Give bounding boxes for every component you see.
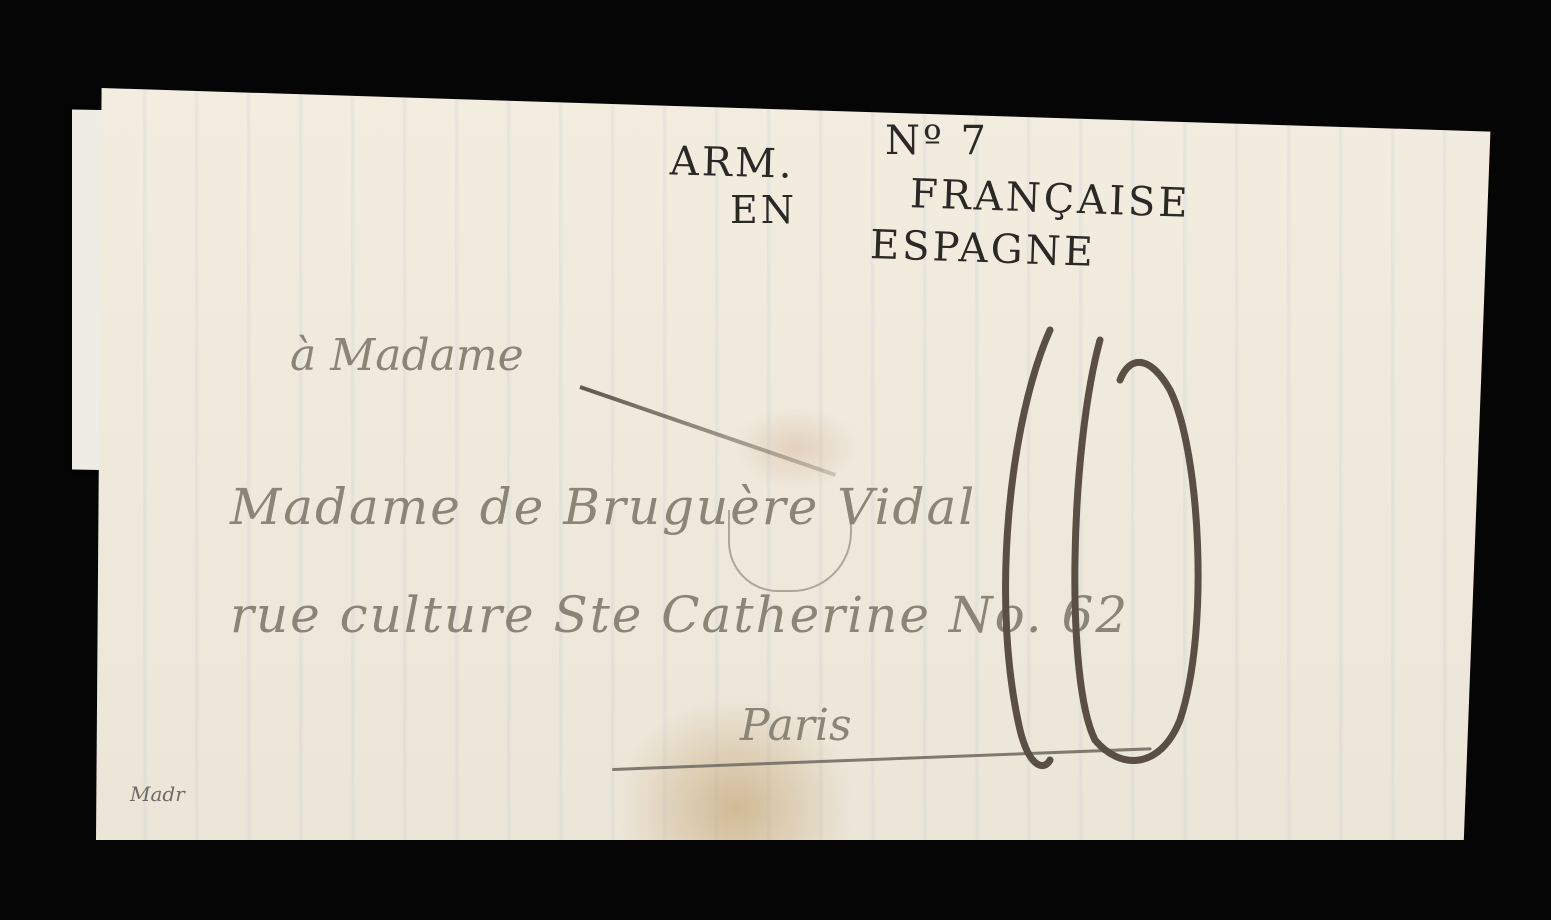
army-postmark: Nº 7 ARM. FRANÇAISE EN ESPAGNE <box>670 118 1310 298</box>
address-city-line: Paris <box>740 700 852 751</box>
postmark-line1: ARM. <box>669 138 795 187</box>
postmark-line2-right: ESPAGNE <box>869 222 1096 276</box>
rate-numeral-graphic <box>990 300 1220 780</box>
letter-photo: Nº 7 ARM. FRANÇAISE EN ESPAGNE à Madame … <box>0 0 1551 920</box>
address-name-line: Madame de Bruguère Vidal <box>230 478 976 536</box>
address-salutation: à Madame <box>290 330 524 381</box>
postmark-line2: EN <box>730 188 797 232</box>
postage-rate-marking <box>990 300 1220 780</box>
postmark-line1-right: FRANÇAISE <box>909 171 1191 227</box>
postmark-number: Nº 7 <box>885 118 989 164</box>
pencil-notation: Madr <box>130 782 185 806</box>
